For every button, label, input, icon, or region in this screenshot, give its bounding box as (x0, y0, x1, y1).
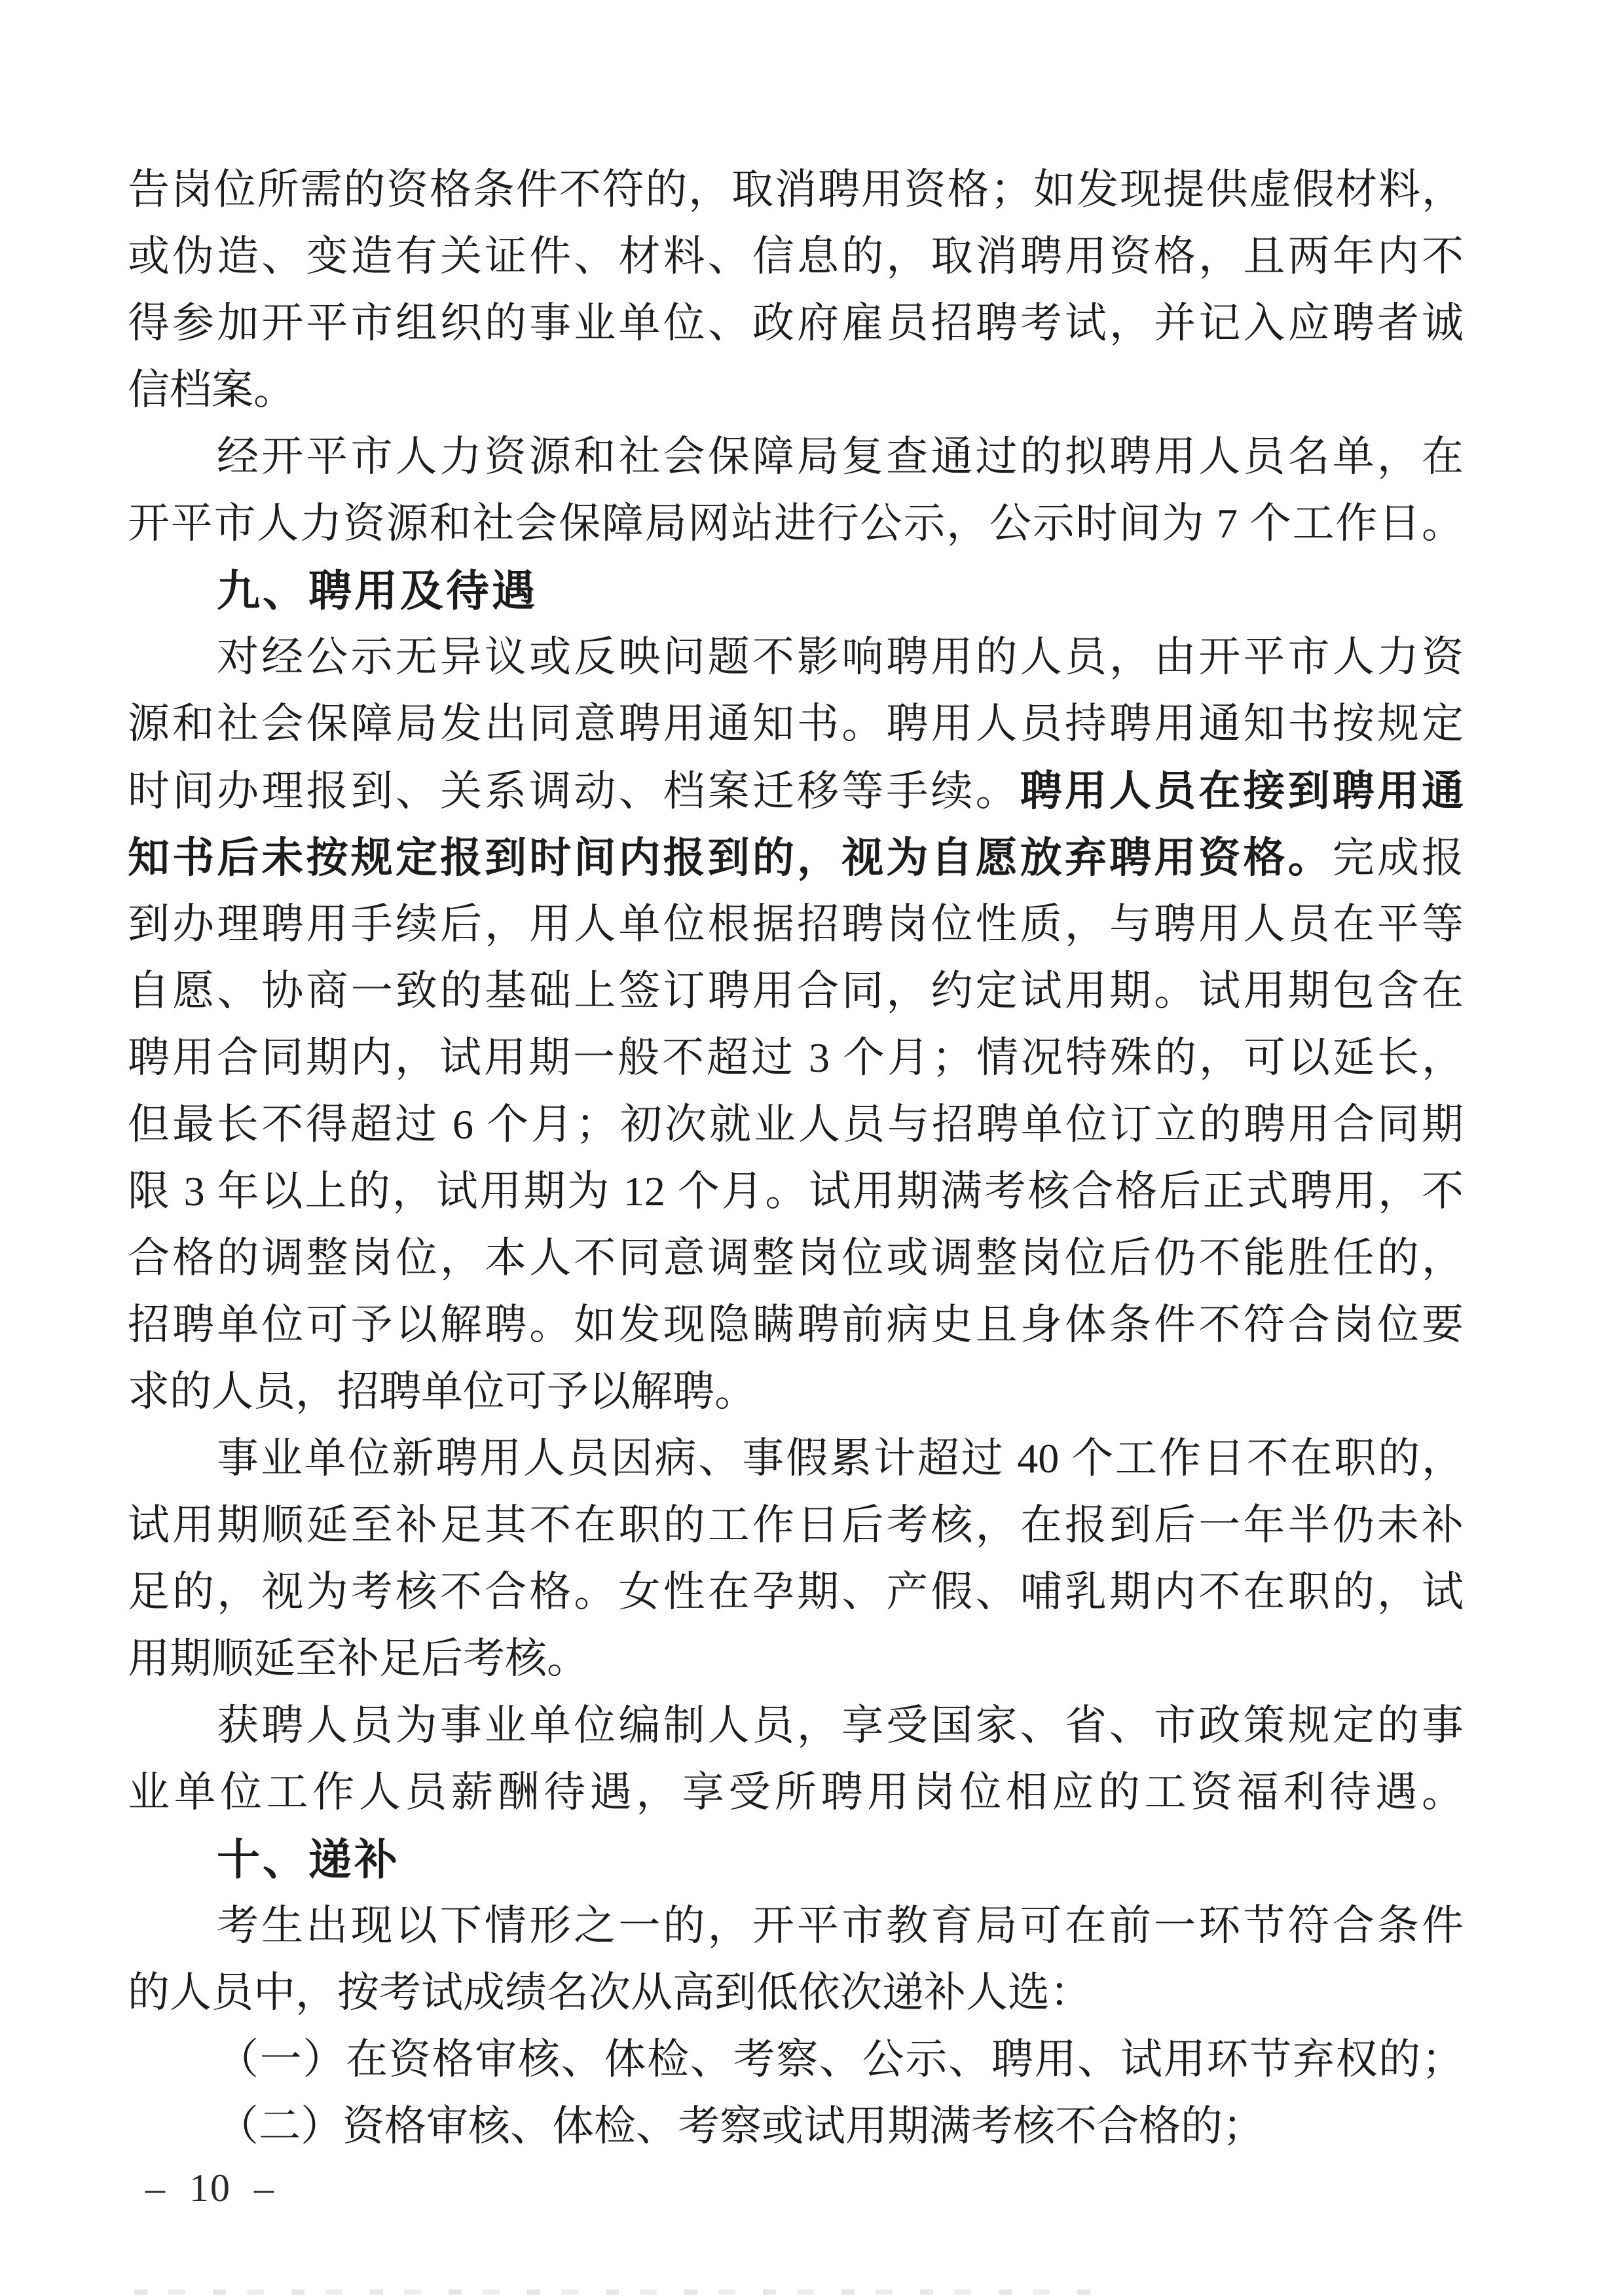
text-line: 经开平市人力资源和社会保障局复查通过的拟聘用人员名单，在 (128, 424, 1464, 490)
bold-text-run: 知书后未按规定报到时间内报到的，视为自愿放弃聘用资格。 (128, 834, 1333, 881)
text-line: 或伪造、变造有关证件、材料、信息的，取消聘用资格，且两年内不 (128, 223, 1464, 290)
text-line: 时间办理报到、关系调动、档案迁移等手续。聘用人员在接到聘用通 (128, 757, 1464, 824)
text-run: 合格的调整岗位，本人不同意调整岗位或调整岗位后仍不能胜任的， (128, 1235, 1464, 1281)
text-line: （二）资格审核、体检、考察或试用期满考核不合格的； (128, 2093, 1464, 2160)
text-line: 合格的调整岗位，本人不同意调整岗位或调整岗位后仍不能胜任的， (128, 1225, 1464, 1292)
page-number: – 10 – (145, 2168, 275, 2208)
text-run: 用期顺延至补足后考核。 (128, 1635, 589, 1682)
text-run: 对经公示无异议或反映问题不影响聘用的人员，由开平市人力资 (217, 634, 1464, 680)
text-block: 告岗位所需的资格条件不符的，取消聘用资格；如发现提供虚假材料，或伪造、变造有关证… (128, 156, 1464, 2160)
bold-text-run: 十、递补 (217, 1835, 400, 1884)
text-run: 事业单位新聘用人员因病、事假累计超过 40 个工作日不在职的， (217, 1435, 1464, 1482)
text-line: 的人员中，按考试成绩名次从高到低依次递补人选： (128, 1959, 1464, 2026)
text-line: 信档案。 (128, 357, 1464, 424)
text-line: 用期顺延至补足后考核。 (128, 1626, 1464, 1692)
text-run: 的人员中，按考试成绩名次从高到低依次递补人选： (128, 1969, 1092, 2016)
text-line: 聘用合同期内，试用期一般不超过 3 个月；情况特殊的，可以延长， (128, 1025, 1464, 1091)
text-line: 到办理聘用手续后，用人单位根据招聘岗位性质，与聘用人员在平等 (128, 891, 1464, 958)
text-run: 完成报 (1333, 835, 1464, 881)
text-run: 足的，视为考核不合格。女性在孕期、产假、哺乳期内不在职的，试 (128, 1569, 1464, 1615)
text-run: （一）在资格审核、体检、考察、公示、聘用、试用环节弃权的； (217, 2036, 1464, 2083)
text-run: 信档案。 (128, 367, 295, 413)
text-line: 告岗位所需的资格条件不符的，取消聘用资格；如发现提供虚假材料， (128, 156, 1464, 223)
text-run: 告岗位所需的资格条件不符的，取消聘用资格；如发现提供虚假材料， (128, 166, 1464, 213)
text-line: 对经公示无异议或反映问题不影响聘用的人员，由开平市人力资 (128, 624, 1464, 691)
text-line: 限 3 年以上的，试用期为 12 个月。试用期满考核合格后正式聘用，不 (128, 1158, 1464, 1225)
text-line: 事业单位新聘用人员因病、事假累计超过 40 个工作日不在职的， (128, 1425, 1464, 1492)
text-run: 业单位工作人员薪酬待遇，享受所聘用岗位相应的工资福利待遇。 (128, 1769, 1464, 1815)
text-run: 但最长不得超过 6 个月；初次就业人员与招聘单位订立的聘用合同期 (128, 1101, 1464, 1148)
text-line: 得参加开平市组织的事业单位、政府雇员招聘考试，并记入应聘者诚 (128, 290, 1464, 357)
text-run: 经开平市人力资源和社会保障局复查通过的拟聘用人员名单，在 (217, 433, 1464, 480)
text-run: 到办理聘用手续后，用人单位根据招聘岗位性质，与聘用人员在平等 (128, 901, 1464, 947)
section-heading: 九、聘用及待遇 (128, 557, 1464, 624)
text-line: 知书后未按规定报到时间内报到的，视为自愿放弃聘用资格。完成报 (128, 824, 1464, 891)
text-line: 招聘单位可予以解聘。如发现隐瞒聘前病史且身体条件不符合岗位要 (128, 1292, 1464, 1358)
bold-text-run: 九、聘用及待遇 (217, 566, 538, 615)
text-line: 自愿、协商一致的基础上签订聘用合同，约定试用期。试用期包含在 (128, 958, 1464, 1025)
text-run: 自愿、协商一致的基础上签订聘用合同，约定试用期。试用期包含在 (128, 968, 1464, 1014)
text-line: 但最长不得超过 6 个月；初次就业人员与招聘单位订立的聘用合同期 (128, 1091, 1464, 1158)
text-line: 源和社会保障局发出同意聘用通知书。聘用人员持聘用通知书按规定 (128, 691, 1464, 757)
text-run: 聘用合同期内，试用期一般不超过 3 个月；情况特殊的，可以延长， (128, 1034, 1464, 1081)
text-line: （一）在资格审核、体检、考察、公示、聘用、试用环节弃权的； (128, 2026, 1464, 2093)
text-line: 业单位工作人员薪酬待遇，享受所聘用岗位相应的工资福利待遇。 (128, 1759, 1464, 1826)
text-run: 试用期顺延至补足其不在职的工作日后考核，在报到后一年半仍未补 (128, 1502, 1464, 1548)
text-line: 试用期顺延至补足其不在职的工作日后考核，在报到后一年半仍未补 (128, 1492, 1464, 1559)
text-run: 招聘单位可予以解聘。如发现隐瞒聘前病史且身体条件不符合岗位要 (128, 1302, 1464, 1348)
text-line: 足的，视为考核不合格。女性在孕期、产假、哺乳期内不在职的，试 (128, 1559, 1464, 1626)
text-line: 考生出现以下情形之一的，开平市教育局可在前一环节符合条件 (128, 1893, 1464, 1959)
text-run: 开平市人力资源和社会保障局网站进行公示，公示时间为 7 个工作日。 (128, 500, 1464, 547)
bold-text-run: 聘用人员在接到聘用通 (1020, 767, 1464, 814)
text-run: 限 3 年以上的，试用期为 12 个月。试用期满考核合格后正式聘用，不 (128, 1168, 1464, 1214)
document-page: 告岗位所需的资格条件不符的，取消聘用资格；如发现提供虚假材料，或伪造、变造有关证… (0, 0, 1624, 2296)
text-line: 求的人员，招聘单位可予以解聘。 (128, 1358, 1464, 1425)
text-run: 求的人员，招聘单位可予以解聘。 (128, 1368, 756, 1415)
text-run: 得参加开平市组织的事业单位、政府雇员招聘考试，并记入应聘者诚 (128, 300, 1464, 346)
text-line: 开平市人力资源和社会保障局网站进行公示，公示时间为 7 个工作日。 (128, 490, 1464, 557)
text-run: 考生出现以下情形之一的，开平市教育局可在前一环节符合条件 (217, 1903, 1464, 1949)
text-run: 源和社会保障局发出同意聘用通知书。聘用人员持聘用通知书按规定 (128, 701, 1464, 747)
cut-off-next-line-fragments (134, 2289, 1110, 2295)
section-heading: 十、递补 (128, 1826, 1464, 1893)
text-run: 获聘人员为事业单位编制人员，享受国家、省、市政策规定的事 (217, 1702, 1464, 1749)
text-run: 或伪造、变造有关证件、材料、信息的，取消聘用资格，且两年内不 (128, 233, 1464, 280)
text-run: 时间办理报到、关系调动、档案迁移等手续。 (128, 768, 1020, 814)
text-line: 获聘人员为事业单位编制人员，享受国家、省、市政策规定的事 (128, 1692, 1464, 1759)
text-run: （二）资格审核、体检、考察或试用期满考核不合格的； (217, 2103, 1264, 2149)
